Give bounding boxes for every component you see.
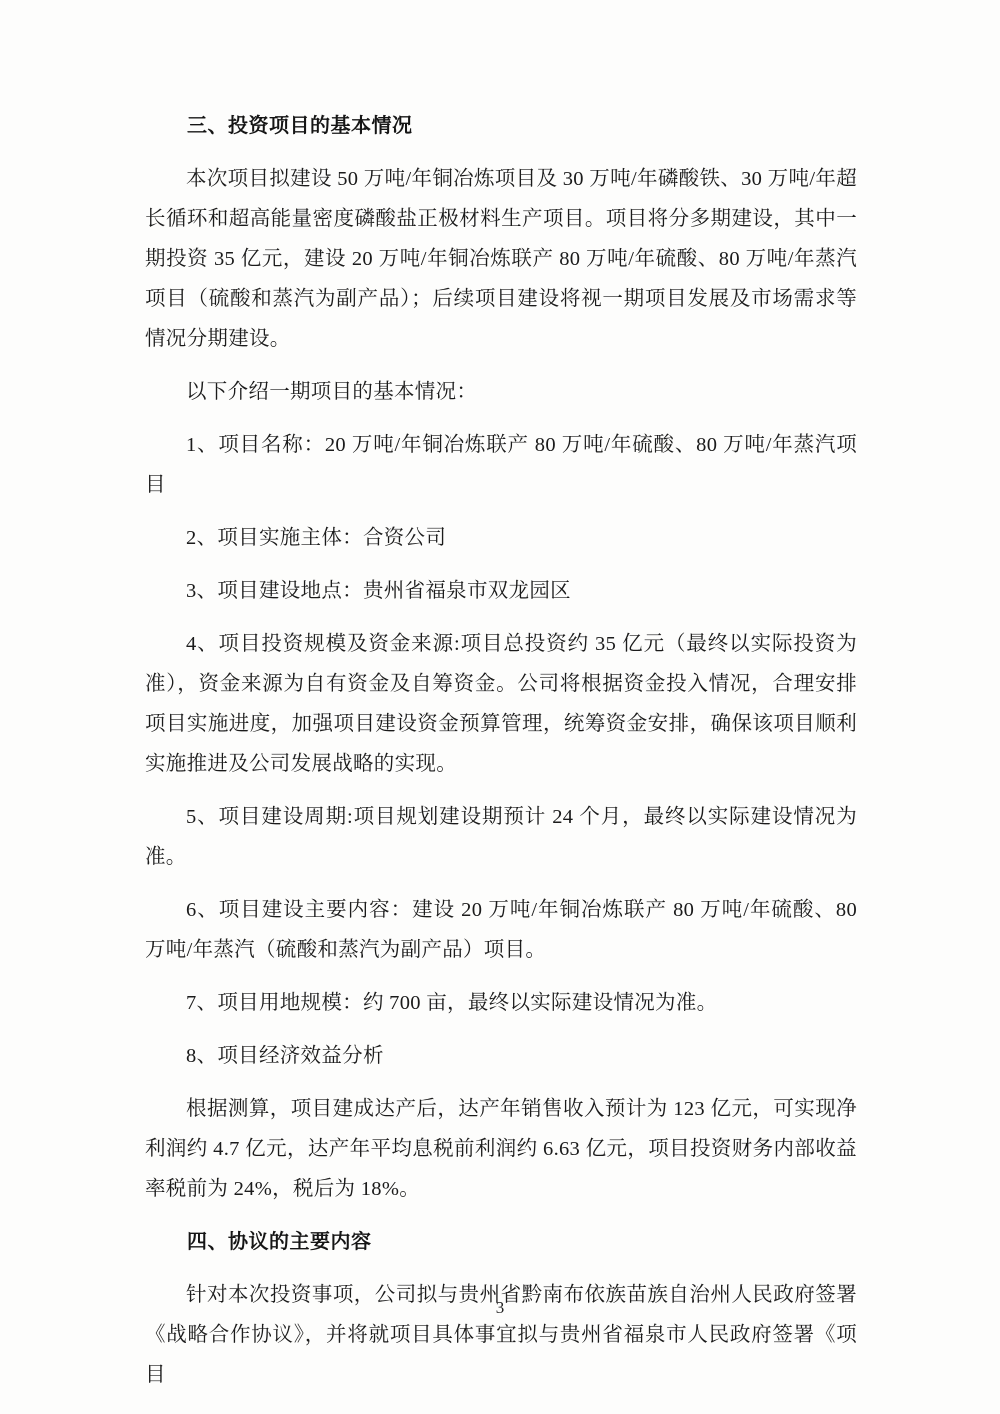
paragraph-item-4-investment-scale: 4、项目投资规模及资金来源:项目总投资约 35 亿元（最终以实际投资为准），资金… <box>145 624 857 784</box>
paragraph-item-2-implementing-entity: 2、项目实施主体：合资公司 <box>145 518 857 558</box>
paragraph-intro-phase-one: 以下介绍一期项目的基本情况： <box>145 372 857 412</box>
paragraph-item-5-construction-period: 5、项目建设周期:项目规划建设期预计 24 个月，最终以实际建设情况为准。 <box>145 797 857 877</box>
document-body: 三、投资项目的基本情况 本次项目拟建设 50 万吨/年铜冶炼项目及 30 万吨/… <box>145 106 857 1408</box>
paragraph-item-8-economic-analysis: 8、项目经济效益分析 <box>145 1036 857 1076</box>
document-page: 三、投资项目的基本情况 本次项目拟建设 50 万吨/年铜冶炼项目及 30 万吨/… <box>0 0 1000 1414</box>
section-heading-investment-overview: 三、投资项目的基本情况 <box>145 106 857 146</box>
paragraph-agreement-intro: 针对本次投资事项，公司拟与贵州省黔南布依族苗族自治州人民政府签署《战略合作协议》… <box>145 1275 857 1395</box>
paragraph-item-1-project-name: 1、项目名称：20 万吨/年铜冶炼联产 80 万吨/年硫酸、80 万吨/年蒸汽项… <box>145 425 857 505</box>
paragraph-economic-forecast: 根据测算，项目建成达产后，达产年销售收入预计为 123 亿元，可实现净利润约 4… <box>145 1089 857 1209</box>
section-heading-agreement-content: 四、协议的主要内容 <box>145 1222 857 1262</box>
paragraph-item-7-land-scale: 7、项目用地规模：约 700 亩，最终以实际建设情况为准。 <box>145 983 857 1023</box>
paragraph-project-summary: 本次项目拟建设 50 万吨/年铜冶炼项目及 30 万吨/年磷酸铁、30 万吨/年… <box>145 159 857 359</box>
paragraph-item-3-location: 3、项目建设地点：贵州省福泉市双龙园区 <box>145 571 857 611</box>
page-number: 3 <box>0 1296 1000 1320</box>
paragraph-item-6-main-content: 6、项目建设主要内容：建设 20 万吨/年铜冶炼联产 80 万吨/年硫酸、80 … <box>145 890 857 970</box>
